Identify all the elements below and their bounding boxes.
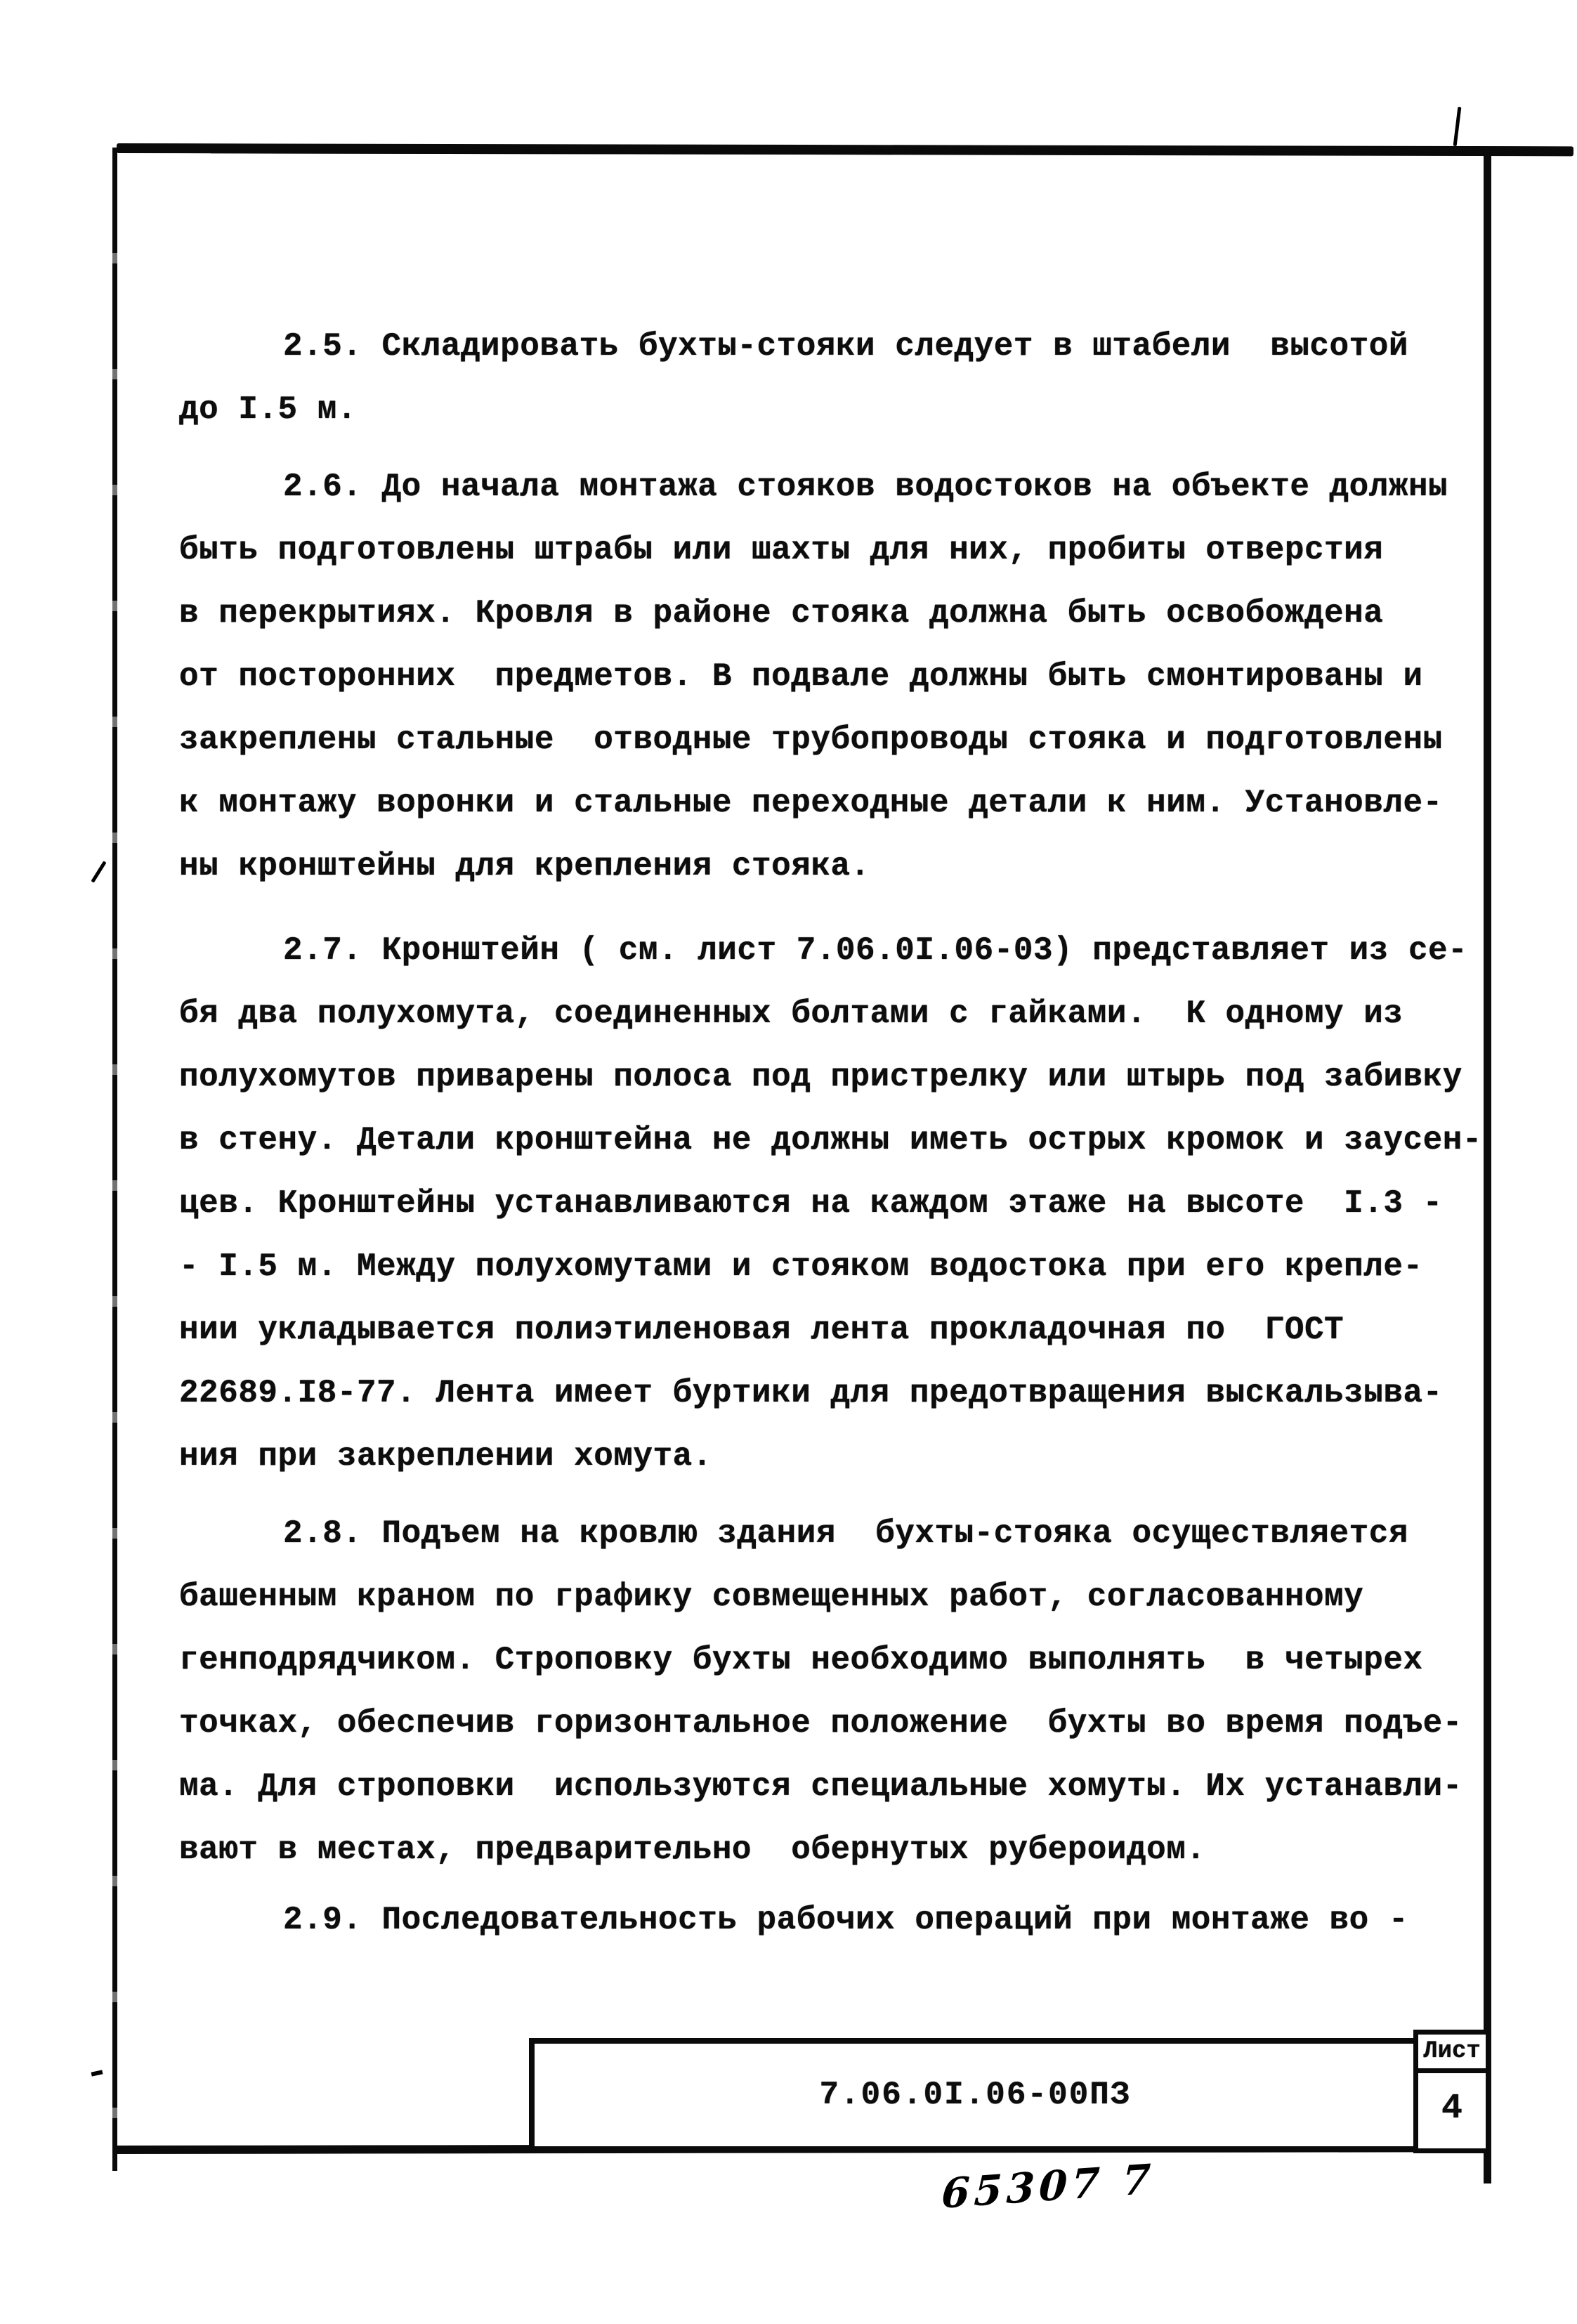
text-line: 2.5. Складировать бухты-стояки следует в… [179,315,1528,378]
text-line: ны кронштейны для крепления стояка. [179,835,1528,898]
pen-mark-left-dash [91,2070,103,2076]
text-line: башенным краном по графику совмещенных р… [179,1565,1528,1628]
text-line: ма. Для строповки используются специальн… [179,1755,1528,1818]
text-line: нии укладывается полиэтиленовая лента пр… [179,1298,1528,1362]
paragraph-2.7: 2.7. Кронштейн ( см. лист 7.06.0I.06-03)… [179,919,1528,1488]
paragraph-2.9: 2.9. Последовательность рабочих операций… [179,1888,1528,1952]
text-line: вают в местах, предварительно обернутых … [179,1818,1528,1881]
text-line: - I.5 м. Между полухомутами и стояком во… [179,1235,1528,1298]
page-border-left [112,148,117,2171]
sheet-number: 4 [1418,2073,1486,2143]
text-line: быть подготовлены штрабы или шахты для н… [179,518,1528,582]
text-line: закреплены стальные отводные трубопровод… [179,708,1528,771]
pen-mark-top-right [1453,107,1462,146]
sheet-column: Лист 4 [1413,2030,1491,2153]
text-line: в стену. Детали кронштейна не должны име… [179,1109,1528,1172]
text-line: в перекрытиях. Кровля в районе стояка до… [179,582,1528,645]
text-line: к монтажу воронки и стальные переходные … [179,771,1528,835]
text-line: ния при закреплении хомута. [179,1425,1528,1488]
text-line: цев. Кронштейны устанавливаются на каждо… [179,1172,1528,1235]
text-line: генподрядчиком. Строповку бухты необходи… [179,1628,1528,1692]
text-line: 2.8. Подъем на кровлю здания бухты-стояк… [179,1502,1528,1565]
text-line: точках, обеспечив горизонтальное положен… [179,1692,1528,1755]
scanned-document-page: 7.06.0I.06-00ПЗ Лист 4 65307 7 2.5. Скла… [0,0,1577,2324]
text-line: бя два полухомута, соединенных болтами с… [179,982,1528,1045]
paragraph-2.6: 2.6. До начала монтажа стояков водостоко… [179,455,1528,898]
pen-mark-left-tick [91,861,106,882]
paragraph-2.5: 2.5. Складировать бухты-стояки следует в… [179,315,1528,441]
text-line: до I.5 м. [179,378,1528,441]
handwritten-note: 65307 7 [941,2155,1156,2218]
paragraph-2.8: 2.8. Подъем на кровлю здания бухты-стояк… [179,1502,1528,1881]
document-number: 7.06.0I.06-00ПЗ [535,2044,1416,2146]
sheet-label: Лист [1418,2035,1486,2073]
text-line: 2.7. Кронштейн ( см. лист 7.06.0I.06-03)… [179,919,1528,982]
text-line: 22689.I8-77. Лента имеет буртики для пре… [179,1362,1528,1425]
text-line: полухомутов приварены полоса под пристре… [179,1045,1528,1109]
text-line: от посторонних предметов. В подвале долж… [179,645,1528,708]
text-line: 2.9. Последовательность рабочих операций… [179,1888,1528,1952]
title-block: 7.06.0I.06-00ПЗ [529,2038,1489,2152]
text-line: 2.6. До начала монтажа стояков водостоко… [179,455,1528,518]
